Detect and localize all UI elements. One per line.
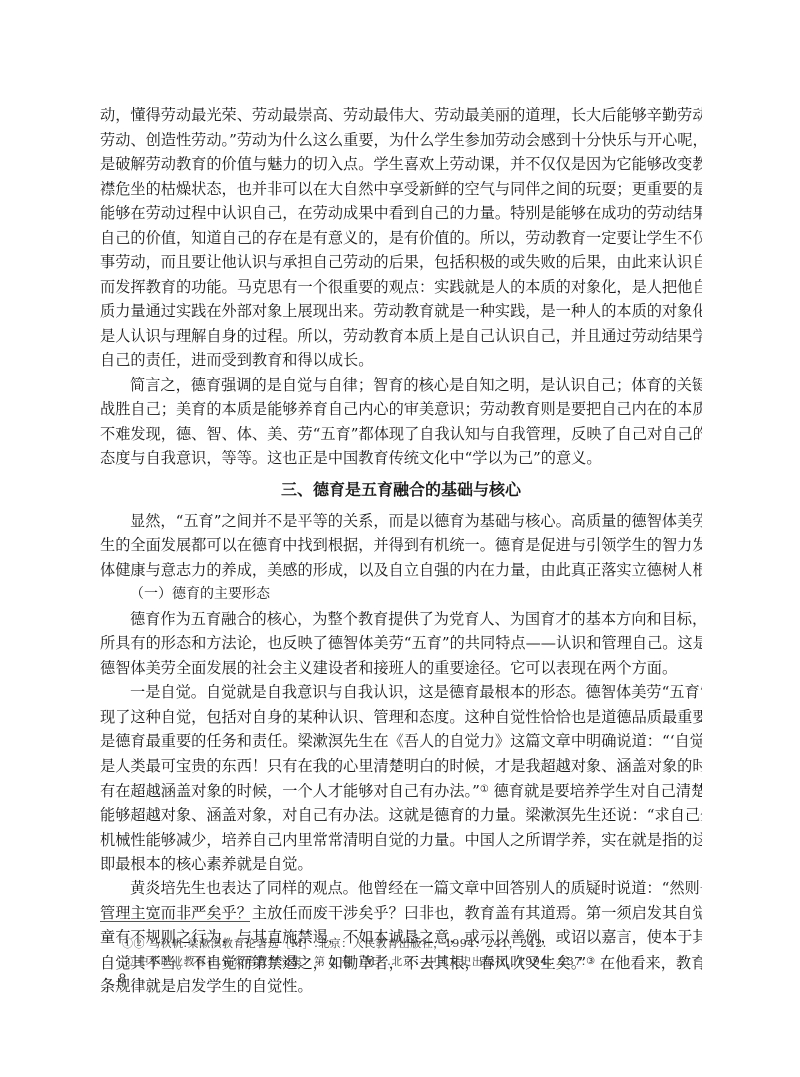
footnotes: ①② 马秋帆.梁漱溟教育论著选［M］.北京：人民教育出版社，1994：241，2… [100,935,700,971]
text-line: 而发挥教育的功能。马克思有一个很重要的观点：实践就是人的本质的对象化，是人把他自… [100,275,702,300]
text-line: 能够超越对象、涵盖对象，对自己有办法。这就是德育的力量。梁漱溟先生还说：“求自己… [100,803,702,828]
text-line: 是人认识与理解自身的过程。所以，劳动教育本质上是自己认识自己，并且通过劳动结果学… [100,324,702,349]
text-line: 即最根本的核心素养就是自觉。 [100,852,702,877]
text-line: 是破解劳动教育的价值与魅力的切入点。学生喜欢上劳动课，并不仅仅是因为它能够改变教… [100,152,702,177]
paragraph: 德育作为五育融合的核心，为整个教育提供了为党育人、为国育才的基本方向和目标，它本… [100,607,702,681]
text-line: 现了这种自觉，包括对自身的某种认识、管理和态度。这种自觉性恰恰也是道德品质最重要… [100,705,702,730]
text-line: 战胜自己；美育的本质是能够养育自己内心的审美意识；劳动教育则是要把自己内在的本质… [100,397,702,422]
text-line: 德育作为五育融合的核心，为整个教育提供了为党育人、为国育才的基本方向和目标，它本… [100,607,702,632]
page-number: · 8 · [104,972,144,987]
text-line: 机械性能够减少，培养自己内里常常清明自觉的力量。中国人之所谓学养，实在就是指的这… [100,827,702,852]
subsection-heading: （一）德育的主要形态 [100,582,702,607]
paragraph: 简言之，德育强调的是自觉与自律；智育的核心是自知之明，是认识自己；体育的关键是能… [100,373,702,471]
paragraph: 显然，“五育”之间并不是平等的关系，而是以德育为基础与核心。高质量的德智体美劳以… [100,509,702,583]
text-segment: 机械性能够减少，培养自己内里常常清明自觉的力量。中国人之所谓学养，实在就是指的这… [100,831,702,849]
text-segment: 有在超越涵盖对象的时候，一个人才能够对自己有办法。” [100,782,480,800]
text-line: 自己的价值，知道自己的存在是有意义的，是有价值的。所以，劳动教育一定要让学生不仅… [100,226,702,251]
text-line: 劳动、创造性劳动。”劳动为什么这么重要，为什么学生参加劳动会感到十分快乐与开心呢… [100,128,702,153]
text-line: 不难发现，德、智、体、美、劳“五育”都体现了自我认知与自我管理，反映了自己对自己… [100,422,702,447]
text-line: 是德育最重要的任务和责任。梁漱溟先生在《吾人的自觉力》这篇文章中明确说道：“‘自… [100,729,702,754]
text-line: 显然，“五育”之间并不是平等的关系，而是以德育为基础与核心。高质量的德智体美劳以… [100,509,702,534]
document-page: 动，懂得劳动最光荣、劳动最崇高、劳动最伟大、劳动最美丽的道理，长大后能够辛勤劳动… [0,0,800,1077]
text-line: 生的全面发展都可以在德育中找到根据，并得到有机统一。德育是促进与引领学生的智力发… [100,533,702,558]
text-line: 一是自觉。自觉就是自我意识与自我认识，这是德育最根本的形态。德智体美劳“五育”都… [100,680,702,705]
paragraph: 一是自觉。自觉就是自我意识与自我认识，这是德育最根本的形态。德智体美劳“五育”都… [100,680,702,876]
text-line: 所具有的形态和方法论，也反映了德智体美劳“五育”的共同特点——认识和管理自己。这… [100,631,702,656]
text-line: 体健康与意志力的养成，美感的形成，以及自立自强的内在力量，由此真正落实立德树人根… [100,558,702,583]
text-line: 自己的责任，进而受到教育和得以成长。 [100,348,702,373]
text-line: 是人类最可宝贵的东西！只有在我的心里清楚明白的时候，才是我超越对象、涵盖对象的时… [100,754,702,779]
text-line: 态度与自我意识，等等。这也正是中国教育传统文化中“学以为己”的意义。 [100,446,702,471]
text-line: 黄炎培先生也表达了同样的观点。他曾经在一篇文章中回答别人的质疑时说道：“然则子于… [100,876,702,901]
text-line: 有在超越涵盖对象的时候，一个人才能够对自己有办法。”① 德育就是要培养学生对自己… [100,778,702,803]
text-line: 德智体美劳全面发展的社会主义建设者和接班人的重要途径。它可以表现在两个方面。 [100,656,702,681]
footnote-divider [100,921,250,922]
footnote: ③ 中华职业教育社.黄炎培教育文集：第 2 卷［M］.北京：中国文史出版社，19… [100,953,700,971]
text-segment: 德育就是要培养学生对自己清楚明白， [489,782,702,800]
text-line: 质力量通过实践在外部对象上展现出来。劳动教育就是一种实践，是一种人的本质的对象化… [100,299,702,324]
footnote: ①② 马秋帆.梁漱溟教育论著选［M］.北京：人民教育出版社，1994：241，2… [100,935,700,953]
text-line: 条规律就是启发学生的自觉性。 [100,974,702,999]
body-text: 动，懂得劳动最光荣、劳动最崇高、劳动最伟大、劳动最美丽的道理，长大后能够辛勤劳动… [100,103,702,999]
text-line: 襟危坐的枯燥状态，也并非可以在大自然中享受新鲜的空气与同伴之间的玩耍；更重要的是… [100,177,702,202]
text-line: 事劳动，而且要让他认识与承担自己劳动的后果，包括积极的或失败的后果，由此来认识自… [100,250,702,275]
section-heading: 三、德育是五育融合的基础与核心 [100,475,702,509]
text-line: 简言之，德育强调的是自觉与自律；智育的核心是自知之明，是认识自己；体育的关键是能… [100,373,702,398]
text-line: 能够在劳动过程中认识自己，在劳动成果中看到自己的力量。特别是能够在成功的劳动结果… [100,201,702,226]
text-line: 动，懂得劳动最光荣、劳动最崇高、劳动最伟大、劳动最美丽的道理，长大后能够辛勤劳动… [100,103,702,128]
footnote-marker[interactable]: ① [480,784,489,795]
paragraph: 动，懂得劳动最光荣、劳动最崇高、劳动最伟大、劳动最美丽的道理，长大后能够辛勤劳动… [100,103,702,373]
